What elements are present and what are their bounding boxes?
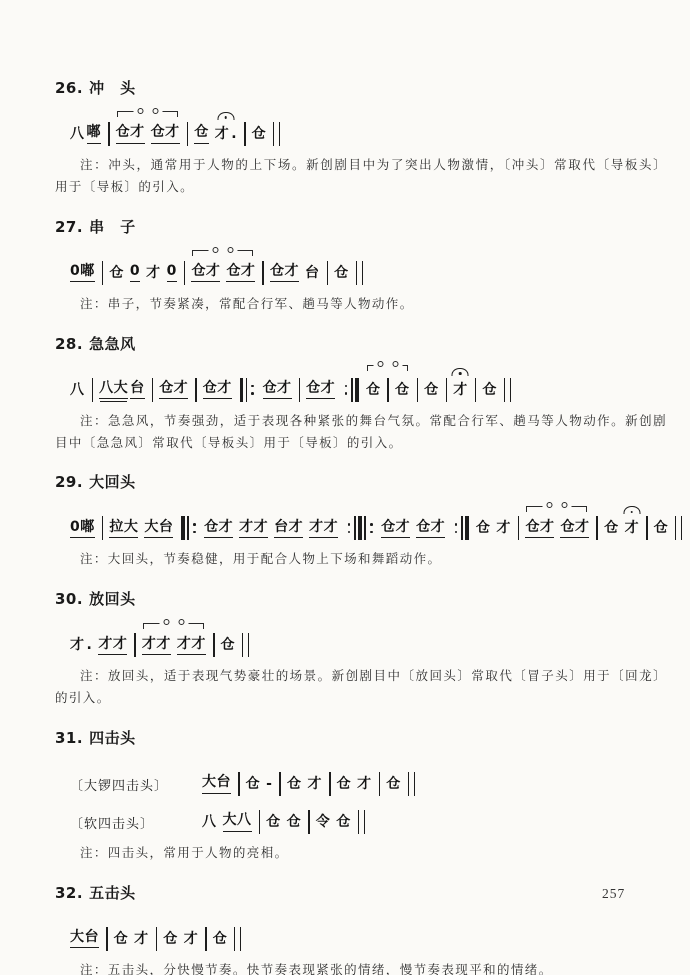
augmentation-dot: . (231, 126, 237, 142)
repeat-dots (193, 516, 196, 540)
repeat-thick-line (355, 378, 359, 402)
notation-note: 0 (130, 263, 140, 282)
notation-note: - (266, 776, 272, 792)
section-title: 大回头 (89, 473, 136, 491)
barline (152, 378, 154, 402)
bracket-circle-icon (137, 108, 143, 114)
notation-note: 仓 (163, 931, 178, 947)
notation-note: 仓 (213, 931, 228, 947)
notation-note: 才才 (98, 636, 127, 655)
notation-note: 嘟 (87, 124, 102, 143)
notation-note: 才才 (239, 519, 268, 538)
notation-note: 才. (215, 126, 237, 142)
notation-variant-label: 〔大锣四击头〕 (70, 775, 202, 794)
repeat-thick-line (465, 516, 469, 540)
notation-line: 八八大台仓才仓才仓才仓才仓仓仓才仓 (70, 357, 670, 405)
section-26: 26.冲 头八嘟仓才仓才仓才.仓注：冲头，通常用于人物的上下场。新创剧目中为了突… (55, 78, 670, 199)
section-30: 30.放回头才.才才才才才才仓注：放回头，适于表现气势豪壮的场景。新创剧目中〔放… (55, 589, 670, 710)
notation-note: 才. (70, 637, 92, 653)
repeat-thin-line (364, 516, 366, 540)
notation-note: 拉大 (109, 519, 138, 538)
notation-note: 仓 (109, 265, 124, 281)
bracket-circles (543, 502, 572, 508)
notation-note: 仓 (266, 814, 281, 830)
repeat-dots (348, 516, 351, 540)
section-heading: 27.串 子 (55, 217, 670, 238)
fermata-icon (225, 116, 228, 119)
barline (259, 810, 261, 834)
notation-line: 八嘟仓才仓才仓才.仓 (70, 101, 670, 149)
note-paragraph: 注：冲头，通常用于人物的上下场。新创剧目中为了突出人物激情，〔冲头〕常取代〔导板… (55, 155, 667, 199)
section-title: 四击头 (89, 729, 136, 747)
barline (238, 772, 240, 796)
section-heading: 30.放回头 (55, 589, 670, 610)
barline (446, 378, 448, 402)
sections-container: 26.冲 头八嘟仓才仓才仓才.仓注：冲头，通常用于人物的上下场。新创剧目中为了突… (55, 78, 670, 975)
final-double-barline (234, 927, 241, 951)
page-number: 257 (602, 886, 625, 902)
notation-note: 仓才 (151, 124, 180, 143)
notation-note: 仓 (221, 637, 236, 653)
repeat-end-start-sign (345, 515, 375, 541)
repeat-thin-line (246, 378, 248, 402)
barline (195, 378, 197, 402)
notation-line: 〔软四击头〕八大八仓仓令仓 (70, 799, 670, 837)
notation-note: 仓 (654, 520, 669, 536)
notation-note: 仓才 (204, 519, 233, 538)
notation-note: 仓 (482, 382, 497, 398)
barline (187, 122, 189, 146)
note-paragraph: 注：大回头，节奏稳健，用于配合人物上下场和舞蹈动作。 (55, 549, 667, 571)
section-heading: 26.冲 头 (55, 78, 670, 99)
notation-note: 仓 (194, 124, 209, 143)
bracket-circles (133, 108, 162, 114)
barline (262, 261, 264, 285)
notation-note: 0 (167, 263, 177, 282)
notation-note: 八 (70, 126, 85, 142)
fermata-icon (631, 511, 634, 514)
section-title: 五击头 (89, 884, 136, 902)
bracket-circle-icon (163, 619, 169, 625)
repeat-start-sign (239, 377, 257, 403)
section-32: 32.五击头大台仓才仓才仓注：五击头，分快慢节奏。快节奏表现紧张的情绪，慢节奏表… (55, 883, 670, 975)
notation-note: 仓才 (116, 124, 145, 143)
notation-note: 才 (625, 520, 640, 536)
note-paragraph: 注：五击头，分快慢节奏。快节奏表现紧张的情绪，慢节奏表现平和的情绪。 (55, 960, 667, 975)
notation-note: 才 (308, 776, 323, 792)
notation-note: 仓 (114, 931, 129, 947)
barline (518, 516, 520, 540)
barline (102, 516, 104, 540)
notation-note: 仓才 (226, 263, 255, 282)
notation-note: 八 (202, 814, 217, 830)
notation-note: 才 (357, 776, 372, 792)
notation-note: 八 (70, 382, 85, 398)
notation-note: 令 (316, 814, 331, 830)
notation-line: 0嘟拉大大台仓才才才台才才才仓才仓才仓才仓才仓才仓才仓 (70, 495, 670, 543)
barline (134, 633, 136, 657)
notation-note: 才 (134, 931, 149, 947)
notation-note: 仓 (246, 776, 261, 792)
repeat-thin-line (461, 516, 463, 540)
section-number: 27. (55, 218, 83, 236)
notation-note: 仓 (604, 520, 619, 536)
document-content: 26.冲 头八嘟仓才仓才仓才.仓注：冲头，通常用于人物的上下场。新创剧目中为了突… (0, 0, 690, 975)
notation-variant-label: 〔软四击头〕 (70, 813, 202, 832)
notation-note: 才才 (309, 519, 338, 538)
notation-note: 台才 (274, 519, 303, 538)
section-title: 放回头 (89, 590, 136, 608)
notation-note: 台 (305, 265, 320, 281)
notation-note: 才才 (142, 636, 171, 655)
section-title: 急急风 (89, 335, 136, 353)
repeat-bracket-group: 仓才仓才 (191, 263, 255, 282)
repeat-dots (251, 378, 254, 402)
note-paragraph: 注：串子，节奏紧凑，常配合行军、趟马等人物动作。 (55, 294, 667, 316)
notation-note: 仓才 (381, 519, 410, 538)
notation-note: 仓才 (560, 519, 589, 538)
barline (379, 772, 381, 796)
repeat-start-sign (180, 515, 198, 541)
section-number: 31. (55, 729, 83, 747)
notation-note: 0嘟 (70, 519, 95, 538)
repeat-bracket-group: 仓仓 (366, 378, 410, 402)
barline (308, 810, 310, 834)
bracket-circles (209, 247, 238, 253)
final-double-barline (242, 633, 249, 657)
notation-line: 才.才才才才才才仓 (70, 612, 670, 660)
bracket-circle-icon (392, 361, 398, 367)
notation-note: 大台 (70, 929, 99, 948)
repeat-thick-line (240, 378, 244, 402)
repeat-thin-line (354, 516, 356, 540)
notation-note: 仓才 (203, 380, 232, 399)
notation-note: 仓 (476, 520, 491, 536)
notation-note: 仓 (424, 382, 439, 398)
notation-note: 仓才 (270, 263, 299, 282)
repeat-end-sign (452, 515, 470, 541)
barline (108, 122, 110, 146)
notation-note: 仓 (336, 814, 351, 830)
bracket-circle-icon (547, 502, 553, 508)
fermata-icon (459, 372, 462, 375)
notation-note: 仓才 (525, 519, 554, 538)
barline (244, 122, 246, 146)
final-double-barline (408, 772, 415, 796)
notation-note: 才才 (177, 636, 206, 655)
notation-note: 仓 (366, 382, 381, 398)
section-number: 29. (55, 473, 83, 491)
notation-note: 仓 (287, 776, 302, 792)
section-27: 27.串 子0嘟仓0才0仓才仓才仓才台仓注：串子，节奏紧凑，常配合行军、趟马等人… (55, 217, 670, 316)
repeat-bracket-group: 仓才仓才 (116, 124, 180, 143)
notation-note: 八大 (99, 380, 128, 399)
bracket-circle-icon (562, 502, 568, 508)
notation-note: 仓才 (263, 380, 292, 399)
repeat-dots (370, 516, 373, 540)
notation-note: 大八 (223, 812, 252, 831)
barline (329, 772, 331, 796)
notation-note: 大台 (202, 774, 231, 793)
notation-note: 仓 (395, 382, 410, 398)
notation-note: 仓才 (191, 263, 220, 282)
barline (299, 378, 301, 402)
notation-line: 0嘟仓0才0仓才仓才仓才台仓 (70, 240, 670, 288)
notation-note: 仓 (337, 776, 352, 792)
notation-note: 才 (496, 520, 511, 536)
barline (205, 927, 207, 951)
final-double-barline (273, 122, 280, 146)
final-double-barline (356, 261, 363, 285)
notation-note: 才 (453, 382, 468, 398)
repeat-thick-line (358, 516, 362, 540)
section-heading: 31.四击头 (55, 728, 670, 749)
bracket-circle-icon (152, 108, 158, 114)
barline (156, 927, 158, 951)
barline (646, 516, 648, 540)
bracket-circle-icon (213, 247, 219, 253)
barline (327, 261, 329, 285)
barline (92, 378, 94, 402)
section-heading: 28.急急风 (55, 334, 670, 355)
notation-line: 〔大锣四击头〕大台仓-仓才仓才仓 (70, 751, 670, 799)
repeat-thick-line (181, 516, 185, 540)
repeat-thin-line (187, 516, 189, 540)
repeat-dots (455, 516, 458, 540)
repeat-bracket-group: 仓才仓才 (525, 519, 589, 538)
section-31: 31.四击头〔大锣四击头〕大台仓-仓才仓才仓〔软四击头〕八大八仓仓令仓注：四击头… (55, 728, 670, 865)
repeat-end-sign (342, 377, 360, 403)
bracket-circle-icon (377, 361, 383, 367)
barline (184, 261, 186, 285)
notation-note: 仓才 (159, 380, 188, 399)
bracket-circles (159, 619, 188, 625)
book-page: { "page": { "number": "257" }, "sections… (0, 0, 690, 975)
barline (387, 378, 389, 402)
augmentation-dot: . (87, 637, 93, 653)
barline (102, 261, 104, 285)
section-heading: 29.大回头 (55, 472, 670, 493)
notation-note: 仓 (386, 776, 401, 792)
note-paragraph: 注：放回头，适于表现气势豪壮的场景。新创剧目中〔放回头〕常取代〔冒子头〕用于〔回… (55, 666, 667, 710)
final-double-barline (675, 516, 682, 540)
final-double-barline (504, 378, 511, 402)
notation-note: 仓才 (416, 519, 445, 538)
note-paragraph: 注：四击头，常用于人物的亮相。 (55, 843, 667, 865)
notation-note: 仓 (287, 814, 302, 830)
bracket-circles (373, 361, 402, 367)
notation-note: 才 (146, 265, 161, 281)
repeat-bracket-group: 才才才才 (142, 636, 206, 655)
bracket-circle-icon (228, 247, 234, 253)
notation-note: 台 (130, 380, 145, 399)
barline (596, 516, 598, 540)
section-28: 28.急急风八八大台仓才仓才仓才仓才仓仓仓才仓注：急急风，节奏强劲，适于表现各种… (55, 334, 670, 455)
final-double-barline (358, 810, 365, 834)
bracket-circle-icon (178, 619, 184, 625)
repeat-dots (345, 378, 348, 402)
section-number: 30. (55, 590, 83, 608)
barline (417, 378, 419, 402)
notation-note: 才 (184, 931, 199, 947)
section-number: 28. (55, 335, 83, 353)
section-29: 29.大回头0嘟拉大大台仓才才才台才才才仓才仓才仓才仓才仓才仓才仓注：大回头，节… (55, 472, 670, 571)
note-paragraph: 注：急急风，节奏强劲，适于表现各种紧张的舞台气氛。常配合行军、趟马等人物动作。新… (55, 411, 667, 455)
section-heading: 32.五击头 (55, 883, 670, 904)
section-title: 冲 头 (89, 79, 136, 97)
barline (213, 633, 215, 657)
notation-note: 大台 (144, 519, 173, 538)
barline (279, 772, 281, 796)
notation-note: 0嘟 (70, 263, 95, 282)
section-title: 串 子 (89, 218, 136, 236)
notation-note: 仓 (334, 265, 349, 281)
notation-note: 仓 (252, 126, 267, 142)
section-number: 32. (55, 884, 83, 902)
repeat-thin-line (351, 378, 353, 402)
section-number: 26. (55, 79, 83, 97)
notation-line: 大台仓才仓才仓 (70, 906, 670, 954)
notation-note: 仓才 (306, 380, 335, 399)
barline (106, 927, 108, 951)
barline (475, 378, 477, 402)
